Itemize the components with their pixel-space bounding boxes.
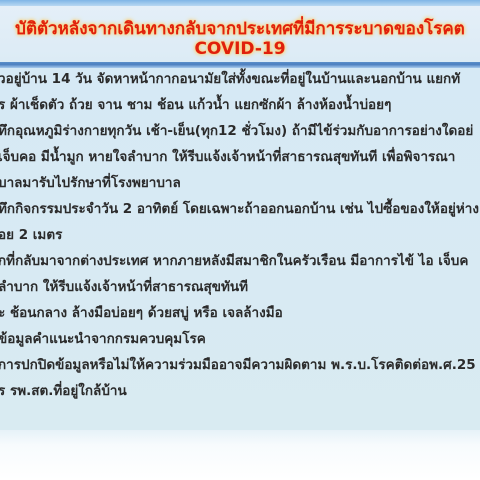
instruction-line: ทึกกิจกรรมประจำวัน 2 อาทิตย์ โดยเฉพาะถ้า… <box>0 200 479 218</box>
instruction-line: ะ ช้อนกลาง ล้างมือบ่อยๆ ด้วยสบู่ หรือ เจ… <box>0 304 283 322</box>
instruction-line: ทึกอุณหภูมิร่างกายทุกวัน เช้า-เย็น(ทุก12… <box>0 122 473 140</box>
title-panel: บัติตัวหลังจากเดินทางกลับจากประเทศที่มีก… <box>0 6 480 62</box>
instruction-line: กที่กลับมาจากต่างประเทศ หากภายหลังมีสมาช… <box>0 252 468 270</box>
instruction-line: ัวอยู่บ้าน 14 วัน จัดหาหน้ากากอนามัยใส่ท… <box>0 70 460 88</box>
title-line-1: บัติตัวหลังจากเดินทางกลับจากประเทศที่มีก… <box>0 15 480 42</box>
instruction-line: การปกปิดข้อมูลหรือไม่ให้ความร่วมมืออาจมี… <box>0 356 476 374</box>
instruction-line: ร ผ้าเช็ดตัว ถ้วย จาน ชาม ช้อน แก้วน้ำ แ… <box>0 96 391 114</box>
instruction-line: เจ็บคอ มีน้ำมูก หายใจลำบาก ให้รีบแจ้งเจ้… <box>0 148 455 166</box>
instruction-line: ลำบาก ให้รีบแจ้งเจ้าหน้าที่สาธารณสุขทันท… <box>0 278 248 296</box>
bottom-fade <box>0 430 480 480</box>
instruction-line: อย 2 เมตร <box>0 226 62 244</box>
instruction-line: ร รพ.สต.ที่อยู่ใกล้บ้าน <box>0 382 127 400</box>
instruction-line: บาลมารับไปรักษาที่โรงพยาบาล <box>0 174 181 192</box>
slide: บัติตัวหลังจากเดินทางกลับจากประเทศที่มีก… <box>0 0 480 480</box>
title-line-2: COVID-19 <box>0 39 480 59</box>
instruction-line: ข้อมูลคำแนะนำจากกรมควบคุมโรค <box>0 330 206 348</box>
